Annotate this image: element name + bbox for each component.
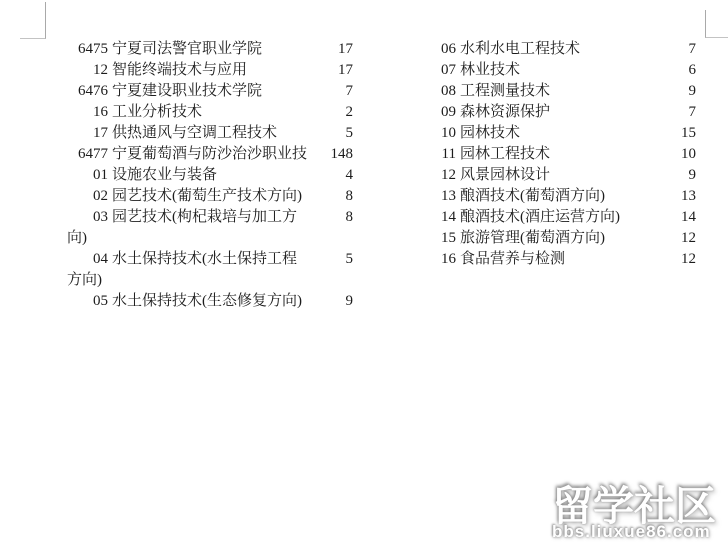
table-row: 10园林技术15	[421, 123, 696, 144]
row-code: 13	[421, 186, 456, 207]
row-count: 9	[662, 81, 696, 102]
row-code: 02	[67, 186, 108, 207]
margin-crop-mark-top-left	[20, 2, 46, 39]
row-name: 水利水电工程技术	[460, 39, 662, 60]
row-code: 16	[67, 102, 108, 123]
row-code: 6475	[67, 39, 108, 60]
table-row: 07林业技术6	[421, 60, 696, 81]
row-name: 智能终端技术与应用	[112, 60, 319, 81]
table-row: 12智能终端技术与应用17	[67, 60, 353, 81]
row-name: 森林资源保护	[460, 102, 662, 123]
table-row: 05水土保持技术(生态修复方向)9	[67, 291, 353, 312]
table-row: 03园艺技术(枸杞栽培与加工方8	[67, 207, 353, 228]
row-name-wrap: 方向)	[67, 270, 102, 291]
row-count: 5	[319, 123, 353, 144]
watermark-url: bbs.liuxue86.com	[552, 521, 728, 542]
row-code: 08	[421, 81, 456, 102]
row-count: 148	[319, 144, 353, 165]
row-code: 07	[421, 60, 456, 81]
row-name: 宁夏葡萄酒与防沙治沙职业技	[112, 144, 319, 165]
row-name: 旅游管理(葡萄酒方向)	[460, 228, 662, 249]
row-name: 宁夏司法警官职业学院	[112, 39, 319, 60]
row-code: 10	[421, 123, 456, 144]
row-name: 酿酒技术(葡萄酒方向)	[460, 186, 662, 207]
row-code: 6477	[67, 144, 108, 165]
row-code: 16	[421, 249, 456, 270]
watermark-title: 留学社区	[552, 484, 728, 528]
row-count: 8	[319, 207, 353, 228]
admissions-table-left-column: 6475宁夏司法警官职业学院1712智能终端技术与应用176476宁夏建设职业技…	[67, 39, 353, 312]
row-name: 供热通风与空调工程技术	[112, 123, 319, 144]
row-count: 12	[662, 228, 696, 249]
table-row: 06水利水电工程技术7	[421, 39, 696, 60]
row-name: 工程测量技术	[460, 81, 662, 102]
table-row: 6475宁夏司法警官职业学院17	[67, 39, 353, 60]
row-code: 12	[421, 165, 456, 186]
document-page[interactable]: 6475宁夏司法警官职业学院1712智能终端技术与应用176476宁夏建设职业技…	[0, 0, 728, 558]
row-count: 15	[662, 123, 696, 144]
row-code: 09	[421, 102, 456, 123]
row-count: 7	[319, 81, 353, 102]
table-row-wrap: 向)	[67, 228, 353, 249]
row-count: 17	[319, 39, 353, 60]
row-count: 9	[662, 165, 696, 186]
row-name: 园艺技术(枸杞栽培与加工方	[112, 207, 319, 228]
row-name: 园林技术	[460, 123, 662, 144]
table-row-wrap: 方向)	[67, 270, 353, 291]
table-row: 11园林工程技术10	[421, 144, 696, 165]
row-code: 06	[421, 39, 456, 60]
row-count: 4	[319, 165, 353, 186]
row-name: 水土保持技术(水土保持工程	[112, 249, 319, 270]
row-count: 2	[319, 102, 353, 123]
row-count: 7	[662, 102, 696, 123]
row-name: 林业技术	[460, 60, 662, 81]
row-code: 6476	[67, 81, 108, 102]
table-row: 14酿酒技术(酒庄运营方向)14	[421, 207, 696, 228]
row-code: 03	[67, 207, 108, 228]
table-row: 16工业分析技术2	[67, 102, 353, 123]
row-code: 11	[421, 144, 456, 165]
row-name: 设施农业与装备	[112, 165, 319, 186]
row-code: 05	[67, 291, 108, 312]
table-row: 08工程测量技术9	[421, 81, 696, 102]
row-count: 7	[662, 39, 696, 60]
row-name: 酿酒技术(酒庄运营方向)	[460, 207, 662, 228]
row-count: 5	[319, 249, 353, 270]
row-count: 12	[662, 249, 696, 270]
row-name: 工业分析技术	[112, 102, 319, 123]
table-row: 02园艺技术(葡萄生产技术方向)8	[67, 186, 353, 207]
row-code: 01	[67, 165, 108, 186]
table-row: 09森林资源保护7	[421, 102, 696, 123]
row-name: 园林工程技术	[460, 144, 662, 165]
table-row: 17供热通风与空调工程技术5	[67, 123, 353, 144]
admissions-table-right-column: 06水利水电工程技术707林业技术608工程测量技术909森林资源保护710园林…	[421, 39, 696, 270]
table-row: 13酿酒技术(葡萄酒方向)13	[421, 186, 696, 207]
watermark: 留学社区 bbs.liuxue86.com	[552, 484, 728, 542]
row-count: 9	[319, 291, 353, 312]
row-name: 园艺技术(葡萄生产技术方向)	[112, 186, 319, 207]
row-name: 宁夏建设职业技术学院	[112, 81, 319, 102]
table-row: 16食品营养与检测12	[421, 249, 696, 270]
row-count: 14	[662, 207, 696, 228]
row-code: 12	[67, 60, 108, 81]
row-count: 10	[662, 144, 696, 165]
row-name: 风景园林设计	[460, 165, 662, 186]
margin-crop-mark-top-right	[705, 10, 728, 38]
row-count: 17	[319, 60, 353, 81]
row-count: 6	[662, 60, 696, 81]
row-code: 15	[421, 228, 456, 249]
row-code: 04	[67, 249, 108, 270]
table-row: 15旅游管理(葡萄酒方向)12	[421, 228, 696, 249]
table-row: 12风景园林设计9	[421, 165, 696, 186]
row-count: 8	[319, 186, 353, 207]
row-name-wrap: 向)	[67, 228, 87, 249]
row-code: 14	[421, 207, 456, 228]
table-row: 04水土保持技术(水土保持工程5	[67, 249, 353, 270]
row-count: 13	[662, 186, 696, 207]
row-name: 水土保持技术(生态修复方向)	[112, 291, 319, 312]
row-name: 食品营养与检测	[460, 249, 662, 270]
table-row: 6477宁夏葡萄酒与防沙治沙职业技148	[67, 144, 353, 165]
row-code: 17	[67, 123, 108, 144]
table-row: 01设施农业与装备4	[67, 165, 353, 186]
table-row: 6476宁夏建设职业技术学院7	[67, 81, 353, 102]
